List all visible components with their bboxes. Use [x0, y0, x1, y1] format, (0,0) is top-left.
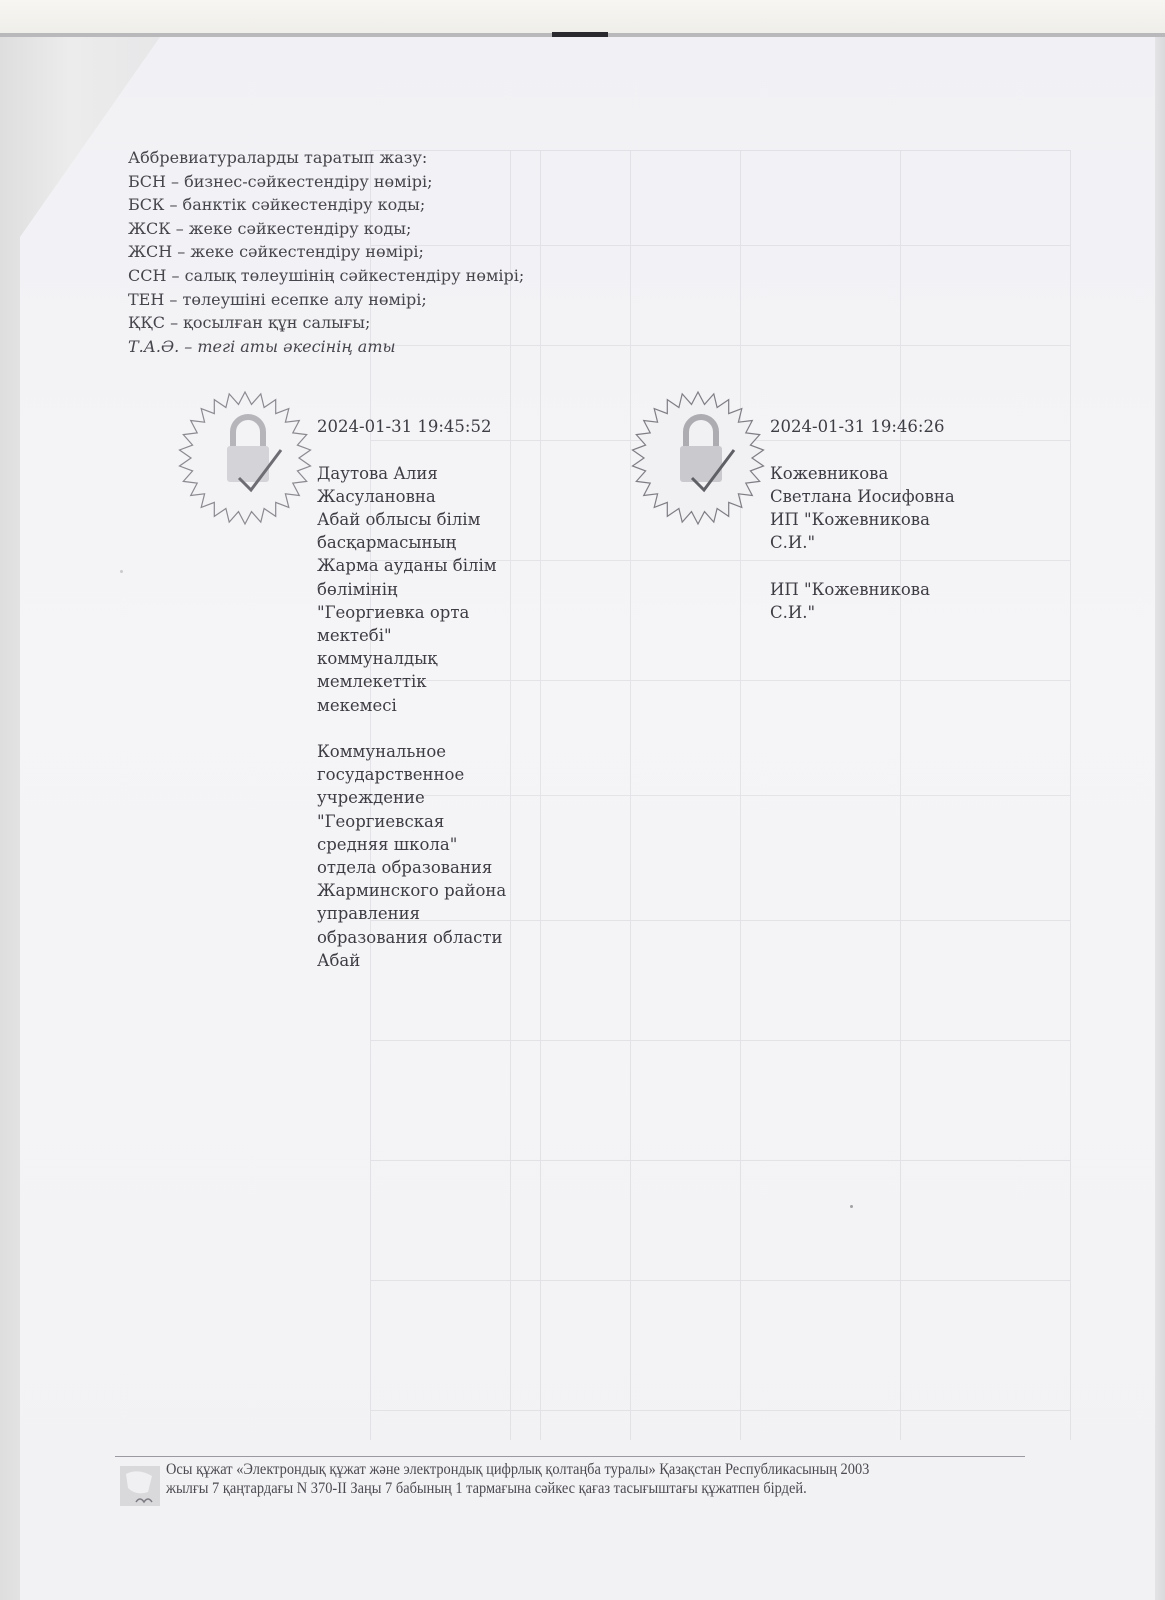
signature-timestamp: 2024-01-31 19:45:52 — [317, 415, 547, 438]
scan-speck — [120, 570, 123, 573]
digital-signature-seal-icon — [175, 388, 315, 528]
signer-details: Кожевникова Светлана Иосифовна ИП "Кожев… — [770, 462, 1030, 624]
abbreviations-heading: Аббревиатураларды таратып жазу: — [128, 146, 524, 170]
abbreviation-item: ЖСК – жеке сәйкестендіру коды; — [128, 217, 524, 241]
abbreviation-item: БСК – банктік сәйкестендіру коды; — [128, 193, 524, 217]
scan-speck — [850, 1205, 853, 1208]
abbreviation-item: Т.А.Ә. – тегі аты әкесінің аты — [128, 335, 524, 359]
signature-timestamp: 2024-01-31 19:46:26 — [770, 415, 1030, 438]
egov-emblem-icon — [118, 1464, 162, 1508]
abbreviation-item: ҚҚС – қосылған құн салығы; — [128, 311, 524, 335]
abbreviations-list: Аббревиатураларды таратып жазу: БСН – би… — [128, 146, 524, 358]
page-edge — [1155, 37, 1165, 1600]
abbreviation-item: ССН – салық төлеушінің сәйкестендіру нөм… — [128, 264, 524, 288]
signature-text: 2024-01-31 19:46:26 Кожевникова Светлана… — [770, 392, 1030, 647]
abbreviation-item: БСН – бизнес-сәйкестендіру нөмірі; — [128, 170, 524, 194]
legal-notice: Осы құжат «Электрондық құжат және электр… — [166, 1461, 891, 1498]
abbreviation-item: ТЕН – төлеушіні есепке алу нөмірі; — [128, 288, 524, 312]
abbreviation-item: ЖСН – жеке сәйкестендіру нөмірі; — [128, 240, 524, 264]
signer-details: Даутова Алия Жасулановна Абай облысы біл… — [317, 462, 547, 972]
digital-signature-seal-icon — [628, 388, 768, 528]
scanner-background — [0, 0, 1165, 34]
signature-text: 2024-01-31 19:45:52 Даутова Алия Жасулан… — [317, 392, 547, 995]
footer-divider — [115, 1456, 1025, 1457]
